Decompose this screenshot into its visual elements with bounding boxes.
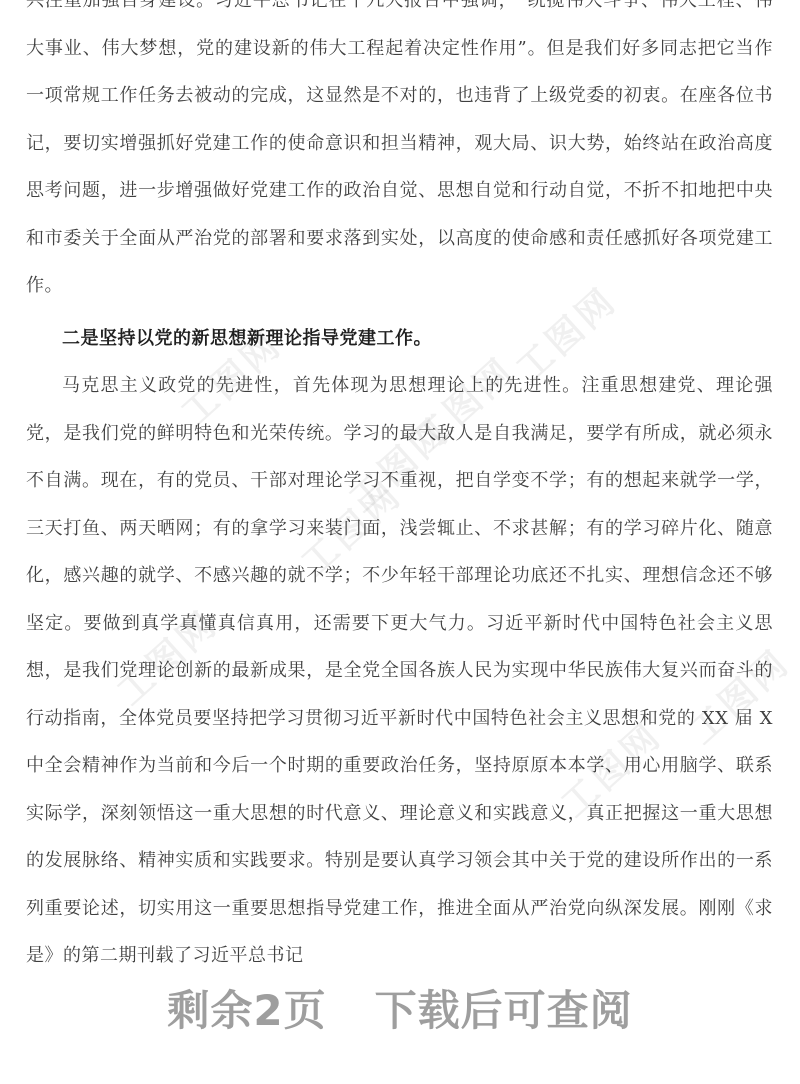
paragraph-body: 马克思主义政党的先进性，首先体现为思想理论上的先进性。注重思想建党、理论强党，是… (26, 362, 773, 980)
document-page: 工图网 工图网 工图网 工图网 工图网 工图网 工图网 工图网 兴注重加强自身建… (0, 0, 800, 1084)
paragraph-continuation: 兴注重加强自身建设。习近平总书记在十九大报告中强调，“统揽伟大斗争、伟大工程、伟… (26, 0, 773, 310)
section-heading: 二是坚持以党的新思想新理论指导党建工作。 (26, 315, 773, 363)
pages-remaining-banner: 剩余2页下载后可查阅 (0, 978, 800, 1038)
document-content: 兴注重加强自身建设。习近平总书记在十九大报告中强调，“统揽伟大斗争、伟大工程、伟… (26, 0, 773, 980)
download-hint-label: 下载后可查阅 (375, 986, 633, 1035)
pages-remaining-label: 剩余2页 (167, 986, 326, 1035)
